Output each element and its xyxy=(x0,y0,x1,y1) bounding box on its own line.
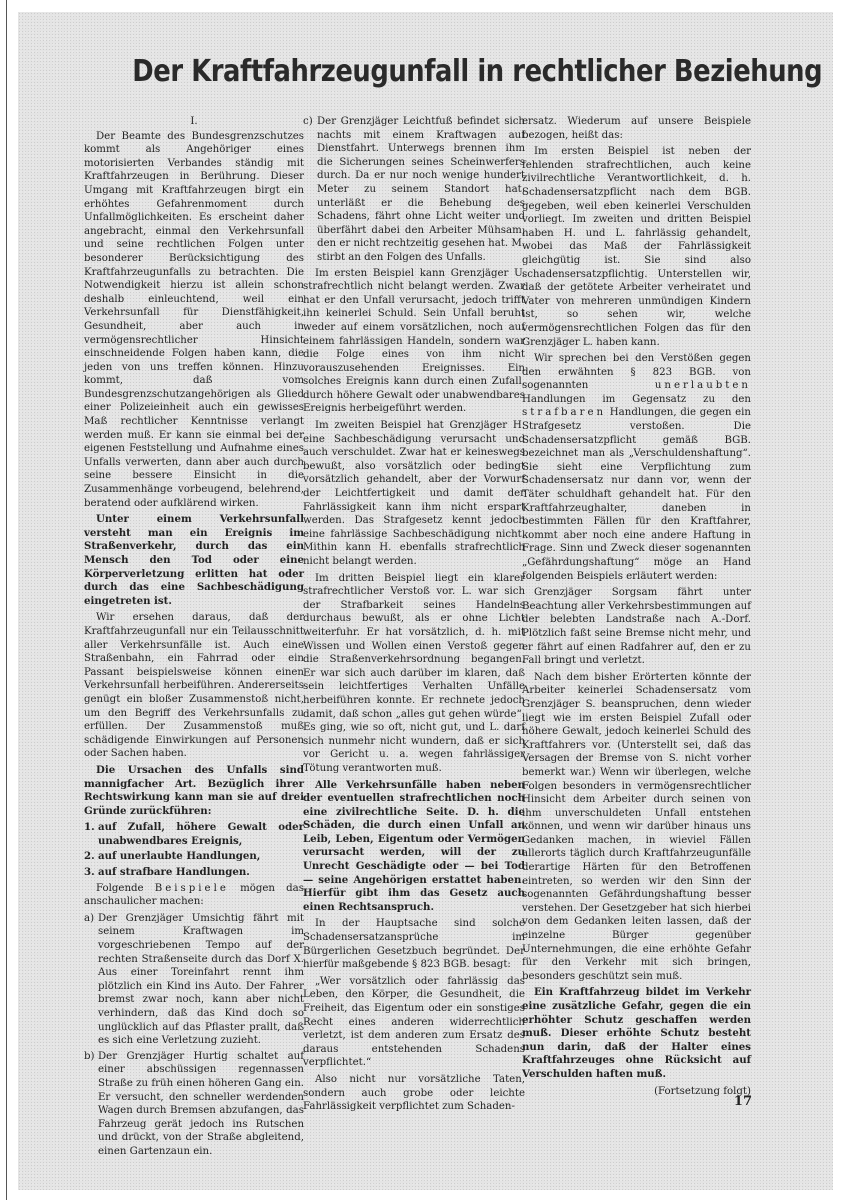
list-text: auf strafbare Handlungen. xyxy=(98,866,250,878)
example-b: b) Der Grenzjäger Hurtig schaltet auf ei… xyxy=(84,1050,304,1159)
paragraph: Nach dem bisher Erörterten könnte der Ar… xyxy=(522,671,751,984)
unlawful-acts-paragraph: Wir sprechen bei den Verstößen gegen den… xyxy=(522,352,751,583)
paragraph: Der Beamte des Bundesgrenzschutzes kommt… xyxy=(84,130,304,511)
example-a: a) Der Grenzjäger Umsichtig fährt mit se… xyxy=(84,912,304,1048)
column-1: I. Der Beamte des Bundesgrenzschutzes ko… xyxy=(84,115,304,1161)
law-quote: „Wer vorsätzlich oder fahrlässig das Leb… xyxy=(303,975,525,1070)
text-fragment: Handlungen, die gegen ein Strafgesetz ve… xyxy=(522,407,751,581)
paragraph: In der Hauptsache sind solche Schadenser… xyxy=(303,917,525,971)
conclusion-paragraph: Ein Kraftfahrzeug bildet im Verkehr eine… xyxy=(522,986,751,1081)
paragraph: Wir ersehen daraus, daß der Kraftfahrzeu… xyxy=(84,611,304,761)
example-text: Der Grenzjäger Hurtig schaltet auf einer… xyxy=(98,1051,304,1157)
spaced-emphasis: strafbaren xyxy=(522,407,606,418)
example-c: c) Der Grenzjäger Leichtfuß befindet sic… xyxy=(303,115,525,265)
list-number: 3. xyxy=(84,866,95,880)
example-label: a) xyxy=(84,912,94,926)
paragraph: Im ersten Beispiel kann Grenzjäger U. st… xyxy=(303,267,525,417)
example-sorgsam: Grenzjäger Sorgsam fährt unter Beachtung… xyxy=(522,586,751,668)
examples-intro: Folgende Beispiele mögen das anschaulich… xyxy=(84,882,304,909)
paragraph: Also nicht nur vorsätzliche Taten, sonde… xyxy=(303,1073,525,1114)
page-number: 17 xyxy=(728,1094,752,1109)
list-number: 2. xyxy=(84,850,95,864)
spaced-emphasis: unerlaubten xyxy=(655,380,751,391)
example-text: Der Grenzjäger Leichtfuß befindet sich n… xyxy=(317,116,525,263)
civil-law-paragraph: Alle Verkehrsunfälle haben neben der eve… xyxy=(303,779,525,915)
list-number: 1. xyxy=(84,821,95,835)
section-heading: I. xyxy=(84,115,304,129)
example-text: Der Grenzjäger Umsichtig fährt mit seine… xyxy=(98,913,304,1046)
list-text: auf Zufall, höhere Gewalt oder unabwendb… xyxy=(98,821,304,847)
list-text: auf unerlaubte Handlungen, xyxy=(98,850,260,862)
definition-paragraph: Unter einem Verkehrsunfall versteht man … xyxy=(84,513,304,608)
text-fragment: Folgende xyxy=(96,883,144,894)
list-item: 2. auf unerlaubte Handlungen, xyxy=(84,850,304,864)
causes-paragraph: Die Ursachen des Unfalls sind mannigfach… xyxy=(84,764,304,818)
article-title: Der Kraftfahrzeugunfall in rechtlicher B… xyxy=(132,54,725,89)
paragraph: ersatz. Wiederum auf unsere Beispiele be… xyxy=(522,115,751,142)
paragraph: Im zweiten Beispiel hat Grenzjäger H. ei… xyxy=(303,419,525,569)
column-2: c) Der Grenzjäger Leichtfuß befindet sic… xyxy=(303,115,525,1117)
list-item: 1. auf Zufall, höhere Gewalt oder unabwe… xyxy=(84,821,304,848)
example-label: c) xyxy=(303,115,313,129)
continuation-note: (Fortsetzung folgt) xyxy=(522,1085,751,1099)
column-3: ersatz. Wiederum auf unsere Beispiele be… xyxy=(522,115,751,1101)
spaced-emphasis: Beispiele xyxy=(155,883,229,894)
example-label: b) xyxy=(84,1050,95,1064)
paragraph: Im dritten Beispiel liegt ein klarer str… xyxy=(303,572,525,776)
scan-edge-line xyxy=(6,0,7,1200)
list-item: 3. auf strafbare Handlungen. xyxy=(84,866,304,880)
text-fragment: Handlungen im Gegensatz zu den xyxy=(522,394,751,405)
paragraph: Im ersten Beispiel ist neben der fehlend… xyxy=(522,145,751,349)
